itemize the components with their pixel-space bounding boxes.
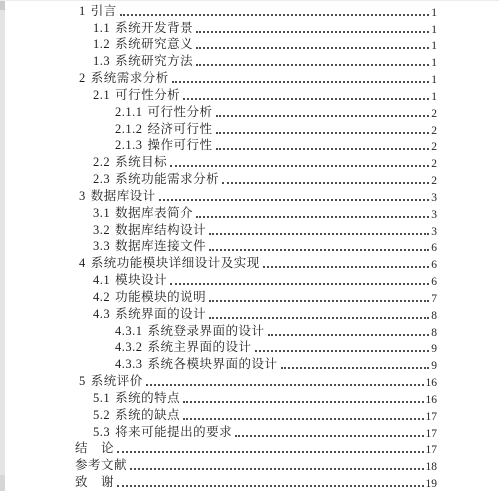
toc-page-number: 17 [426,428,438,440]
toc-dot-leader [172,80,429,83]
toc-dot-leader [196,46,429,49]
toc-entry-number: 1.3 [93,54,110,69]
toc-page-number: 18 [426,461,438,473]
toc-page-number: 2 [431,141,437,153]
toc-entry[interactable]: 2系统需求分析1 [0,71,499,88]
toc-entry-title: 数据库表简介 [115,203,193,221]
toc-entry[interactable]: 2.1.1可行性分析2 [0,104,499,121]
toc-dot-leader [183,417,423,420]
toc-entry-number: 5.1 [93,391,110,406]
page-edge-bottom-mark [0,475,5,491]
toc-dot-leader [255,349,430,352]
toc-entry[interactable]: 4.1模块设计6 [0,273,499,290]
toc-page-number: 2 [431,125,437,137]
toc-page-number: 1 [431,91,437,103]
toc-dot-leader [263,265,429,268]
toc-page-number: 17 [426,411,438,423]
toc-entry-number: 2 [79,71,86,86]
toc-entry-title: 经济可行性 [148,119,213,137]
toc-entry-title: 模块设计 [115,270,167,288]
toc-dot-leader [209,248,429,251]
toc-entry-number: 1.2 [93,37,110,52]
toc-dot-leader [130,467,423,470]
toc-entry-number: 3.3 [93,239,110,254]
toc-dot-leader [146,383,424,386]
toc-entry-number: 3.2 [93,223,110,238]
toc-entry-title: 系统功能需求分析 [115,169,219,187]
toc-dot-leader [209,316,429,319]
toc-entry-number: 4.1 [93,273,110,288]
toc-entry-title: 数据库设计 [91,186,156,204]
toc-entry-number: 4 [79,256,86,271]
toc-entry[interactable]: 2.2系统目标2 [0,155,499,172]
toc-page-number: 2 [431,108,437,120]
toc-page-number: 16 [426,394,438,406]
toc-page-number: 8 [431,327,437,339]
toc-entry-number: 2.1 [93,88,110,103]
toc-entry-title: 系统开发背景 [115,18,193,36]
toc-page-number: 1 [431,7,437,19]
toc-dot-leader [117,450,423,453]
toc-page-number: 16 [426,377,438,389]
toc-page-number: 1 [431,40,437,52]
toc-dot-leader [183,400,423,403]
toc-dot-leader [268,333,430,336]
toc-page-number: 8 [431,310,437,322]
toc-entry[interactable]: 3.1数据库表简介3 [0,205,499,222]
toc-page-number: 3 [431,209,437,221]
toc-entry-title: 功能模块的说明 [115,287,206,305]
toc-entry-number: 2.3 [93,172,110,187]
toc-page-number: 1 [431,24,437,36]
toc-dot-leader [159,198,429,201]
table-of-contents: 1引言11.1系统开发背景11.2系统研究意义11.3系统研究方法12系统需求分… [0,1,499,491]
toc-dot-leader [196,30,429,33]
toc-entry-title: 系统需求分析 [91,68,169,86]
toc-entry-number: 1.1 [93,21,110,36]
toc-entry[interactable]: 2.1.2经济可行性2 [0,121,499,138]
toc-entry-number: 2.2 [93,155,110,170]
toc-entry[interactable]: 1.2系统研究意义1 [0,37,499,54]
toc-entry-number: 4.3.2 [115,340,143,355]
toc-entry-title: 结 论 [75,438,114,456]
toc-entry[interactable]: 5.1系统的特点16 [0,391,499,408]
toc-entry-title: 系统界面的设计 [115,304,206,322]
toc-dot-leader [120,13,429,16]
toc-entry[interactable]: 4系统功能模块详细设计及实现6 [0,256,499,273]
toc-entry-title: 数据库结构设计 [115,220,206,238]
toc-entry[interactable]: 4.2功能模块的说明7 [0,290,499,307]
toc-entry[interactable]: 2.3系统功能需求分析2 [0,172,499,189]
toc-entry-title: 引言 [91,1,117,19]
toc-entry-title: 参考文献 [75,455,127,473]
toc-entry-title: 系统评价 [91,371,143,389]
toc-entry-number: 2.1.2 [115,122,143,137]
toc-page-number: 9 [431,343,437,355]
toc-dot-leader [183,97,429,100]
toc-entry-number: 5.3 [93,425,110,440]
toc-entry[interactable]: 3数据库设计3 [0,189,499,206]
toc-entry-title: 系统研究意义 [115,34,193,52]
toc-entry-title: 系统的特点 [115,388,180,406]
toc-dot-leader [196,63,429,66]
toc-page-number: 7 [431,293,437,305]
toc-entry-number: 4.3.1 [115,324,143,339]
toc-entry[interactable]: 5系统评价16 [0,374,499,391]
document-page: 1引言11.1系统开发背景11.2系统研究意义11.3系统研究方法12系统需求分… [0,0,499,491]
toc-entry-title: 操作可行性 [148,135,213,153]
toc-entry[interactable]: 4.3.3系统各模块界面的设计9 [0,357,499,374]
toc-dot-leader [216,147,430,150]
toc-page-number: 6 [431,242,437,254]
toc-dot-leader [222,181,429,184]
toc-dot-leader [216,114,430,117]
toc-entry[interactable]: 2.1.3操作可行性2 [0,138,499,155]
toc-entry[interactable]: 1.3系统研究方法1 [0,54,499,71]
toc-page-number: 1 [431,57,437,69]
toc-entry-title: 致 谢 [75,472,114,490]
toc-dot-leader [235,434,423,437]
toc-entry[interactable]: 1.1系统开发背景1 [0,20,499,37]
toc-dot-leader [216,131,430,134]
toc-dot-leader [209,299,429,302]
toc-entry[interactable]: 致 谢19 [0,475,499,491]
toc-dot-leader [196,215,429,218]
toc-entry-number: 2.1.3 [115,138,143,153]
toc-entry-number: 5 [79,374,86,389]
toc-dot-leader [117,484,423,487]
toc-entry-number: 2.1.1 [115,105,143,120]
toc-entry-number: 4.2 [93,290,110,305]
toc-entry-title: 系统登录界面的设计 [148,321,265,339]
toc-dot-leader [170,164,429,167]
page-edge-top-mark [0,1,5,10]
toc-page-number: 3 [431,226,437,238]
toc-entry-title: 系统功能模块详细设计及实现 [91,253,260,271]
toc-page-number: 2 [431,158,437,170]
toc-entry-title: 可行性分析 [115,85,180,103]
toc-page-number: 19 [426,478,438,490]
toc-dot-leader [209,232,429,235]
toc-entry[interactable]: 3.2数据库结构设计3 [0,222,499,239]
toc-entry[interactable]: 5.2系统的缺点17 [0,407,499,424]
toc-page-number: 6 [431,259,437,271]
toc-entry-number: 3 [79,189,86,204]
toc-entry-number: 4.3 [93,307,110,322]
page-edge-strip [0,1,5,491]
toc-entry-title: 系统研究方法 [115,51,193,69]
toc-entry[interactable]: 2.1可行性分析1 [0,88,499,105]
toc-entry-title: 可行性分析 [148,102,213,120]
toc-page-number: 1 [431,74,437,86]
toc-page-number: 6 [431,276,437,288]
toc-entry-number: 5.2 [93,408,110,423]
toc-entry-title: 将来可能提出的要求 [115,422,232,440]
toc-entry-title: 系统的缺点 [115,405,180,423]
toc-dot-leader [281,366,430,369]
toc-entry[interactable]: 1引言1 [0,4,499,21]
toc-entry-number: 1 [79,4,86,19]
toc-page-number: 17 [426,444,438,456]
toc-entry-title: 系统各模块界面的设计 [148,354,278,372]
toc-entry-title: 系统目标 [115,152,167,170]
toc-entry-number: 4.3.3 [115,357,143,372]
toc-page-number: 3 [431,192,437,204]
toc-entry-title: 数据库连接文件 [115,236,206,254]
toc-entry-title: 系统主界面的设计 [148,337,252,355]
toc-page-number: 9 [431,360,437,372]
toc-page-number: 2 [431,175,437,187]
toc-entry-number: 3.1 [93,206,110,221]
toc-dot-leader [170,282,429,285]
